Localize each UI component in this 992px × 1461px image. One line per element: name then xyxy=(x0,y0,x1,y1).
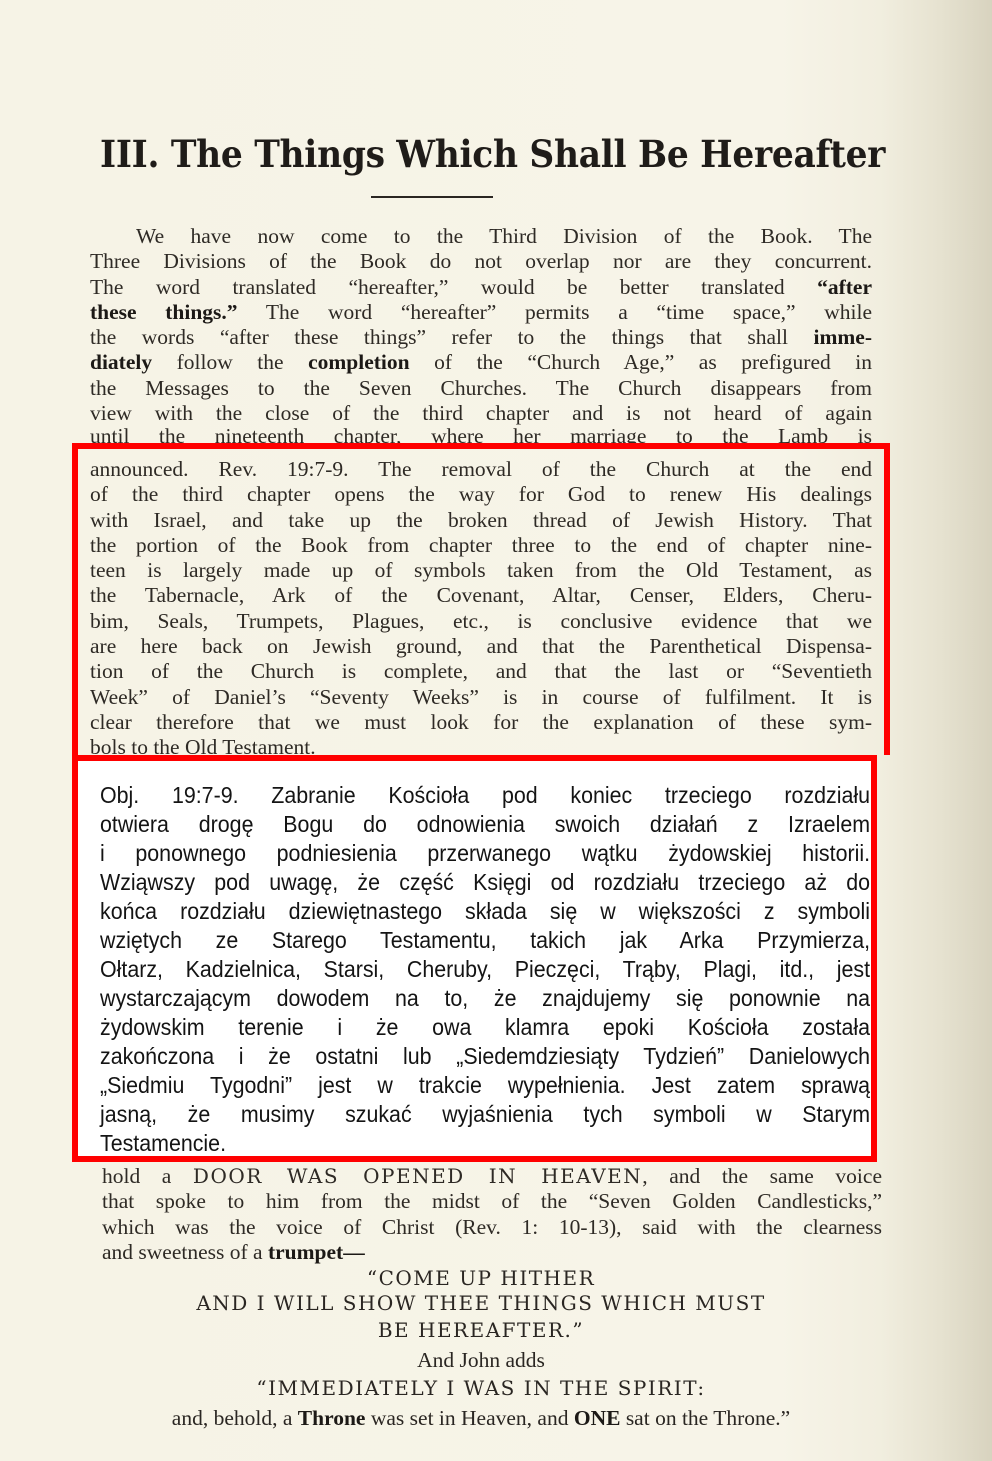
text-line: zakończona i że ostatni lub „Siedemdzies… xyxy=(100,1042,870,1071)
text-line: these things.” The word “hereafter” perm… xyxy=(90,300,872,325)
text-span: follow the xyxy=(152,350,308,374)
text-line: which was the voice of Christ (Rev. 1: 1… xyxy=(102,1215,882,1240)
partially-hidden-line: until the nineteenth chapter, where her … xyxy=(90,424,872,443)
text-span: and sweetness of a xyxy=(102,1240,268,1264)
text-span: of the “Church Age,” as prefigured in xyxy=(410,350,872,374)
text-line: clear therefore that we must look for th… xyxy=(90,710,872,735)
narration-line: And John adds xyxy=(90,1348,872,1373)
bold-text: completion xyxy=(308,350,410,374)
bold-text: trumpet— xyxy=(268,1240,365,1264)
highlighted-original-text: announced. Rev. 19:7-9. The removal of t… xyxy=(90,457,872,761)
text-span: hold a xyxy=(102,1164,193,1188)
text-line: jasną, że musimy szukać wyjaśnienia tych… xyxy=(100,1100,870,1129)
quote-line: “COME UP HITHER xyxy=(90,1266,872,1290)
text-line: i ponownego podniesienia przerwanego wąt… xyxy=(100,839,870,868)
text-line: Testamencie. xyxy=(100,1129,870,1158)
text-line: The word translated “hereafter,” would b… xyxy=(90,275,872,300)
after-paragraph: hold a DOOR WAS OPENED IN HEAVEN, and th… xyxy=(102,1164,882,1265)
quote-line: “IMMEDIATELY I WAS IN THE SPIRIT: xyxy=(90,1376,872,1400)
text-line: view with the close of the third chapter… xyxy=(90,401,872,426)
highlight-box-original: announced. Rev. 19:7-9. The removal of t… xyxy=(72,443,890,755)
text-span: the words “after these things” refer to … xyxy=(90,325,788,349)
text-span: was set in Heaven, and xyxy=(365,1406,573,1430)
text-line: hold a DOOR WAS OPENED IN HEAVEN, and th… xyxy=(102,1164,882,1189)
text-line: Obj. 19:7-9. Zabranie Kościoła pod konie… xyxy=(100,781,870,810)
bold-text: diately xyxy=(90,350,152,374)
bold-text: these things.” xyxy=(90,300,238,324)
text-span: and, behold, a xyxy=(172,1406,298,1430)
book-page: III. The Things Which Shall Be Hereafter… xyxy=(0,0,992,1461)
bold-text: imme- xyxy=(814,325,873,349)
intro-paragraph: We have now come to the Third Division o… xyxy=(90,224,872,426)
text-line: We have now come to the Third Division o… xyxy=(90,224,872,249)
text-span: sat on the Throne.” xyxy=(620,1406,790,1430)
text-line: wystarczającym dowodem na to, że znajduj… xyxy=(100,984,870,1013)
text-line: Week” of Daniel’s “Seventy Weeks” is in … xyxy=(90,685,872,710)
text-span: , and the same voice xyxy=(642,1164,882,1188)
text-span: The word translated “hereafter,” would b… xyxy=(90,275,785,299)
text-line: and sweetness of a trumpet— xyxy=(102,1240,882,1265)
bold-text: “after xyxy=(817,275,872,299)
title-divider xyxy=(371,196,493,198)
text-line: „Siedmiu Tygodni” jest w trakcie wypełni… xyxy=(100,1071,870,1100)
text-line: Three Divisions of the Book do not overl… xyxy=(90,249,872,274)
text-line: that spoke to him from the midst of the … xyxy=(102,1189,882,1214)
quote-line: and, behold, a Throne was set in Heaven,… xyxy=(90,1406,872,1431)
text-line: until the nineteenth chapter, where her … xyxy=(90,424,872,443)
text-line: the Messages to the Seven Churches. The … xyxy=(90,376,872,401)
text-line: teen is largely made up of symbols taken… xyxy=(90,558,872,583)
text-line: tion of the Church is complete, and that… xyxy=(90,659,872,684)
bold-text: Throne xyxy=(298,1406,366,1430)
quote-line: BE HEREAFTER.” xyxy=(90,1318,872,1342)
text-line: of the third chapter opens the way for G… xyxy=(90,482,872,507)
quote-line: AND I WILL SHOW THEE THINGS WHICH MUST xyxy=(90,1291,872,1315)
text-line: the portion of the Book from chapter thr… xyxy=(90,533,872,558)
text-line: are here back on Jewish ground, and that… xyxy=(90,634,872,659)
text-line: bim, Seals, Trumpets, Plagues, etc., is … xyxy=(90,609,872,634)
text-line: otwiera drogę Bogu do odnowienia swoich … xyxy=(100,810,870,839)
text-line: Ołtarz, Kadzielnica, Starsi, Cheruby, Pi… xyxy=(100,955,870,984)
bold-text: ONE xyxy=(574,1406,621,1430)
text-line: diately follow the completion of the “Ch… xyxy=(90,350,872,375)
polish-translation-text: Obj. 19:7-9. Zabranie Kościoła pod konie… xyxy=(100,781,870,1158)
text-line: with Israel, and take up the broken thre… xyxy=(90,508,872,533)
text-line: wziętych ze Starego Testamentu, takich j… xyxy=(100,926,870,955)
text-line: końca rozdziału dziewiętnastego składa s… xyxy=(100,897,870,926)
text-span: The word “hereafter” permits a “time spa… xyxy=(238,300,872,324)
caps-text: DOOR WAS OPENED IN HEAVEN xyxy=(193,1164,642,1188)
text-line: announced. Rev. 19:7-9. The removal of t… xyxy=(90,457,872,482)
text-line: Wziąwszy pod uwagę, że część Księgi od r… xyxy=(100,868,870,897)
chapter-title: III. The Things Which Shall Be Hereafter xyxy=(100,132,807,176)
text-line: żydowskim terenie i że owa klamra epoki … xyxy=(100,1013,870,1042)
translation-box: Obj. 19:7-9. Zabranie Kościoła pod konie… xyxy=(72,755,877,1162)
text-line: the words “after these things” refer to … xyxy=(90,325,872,350)
text-line: the Tabernacle, Ark of the Covenant, Alt… xyxy=(90,583,872,608)
